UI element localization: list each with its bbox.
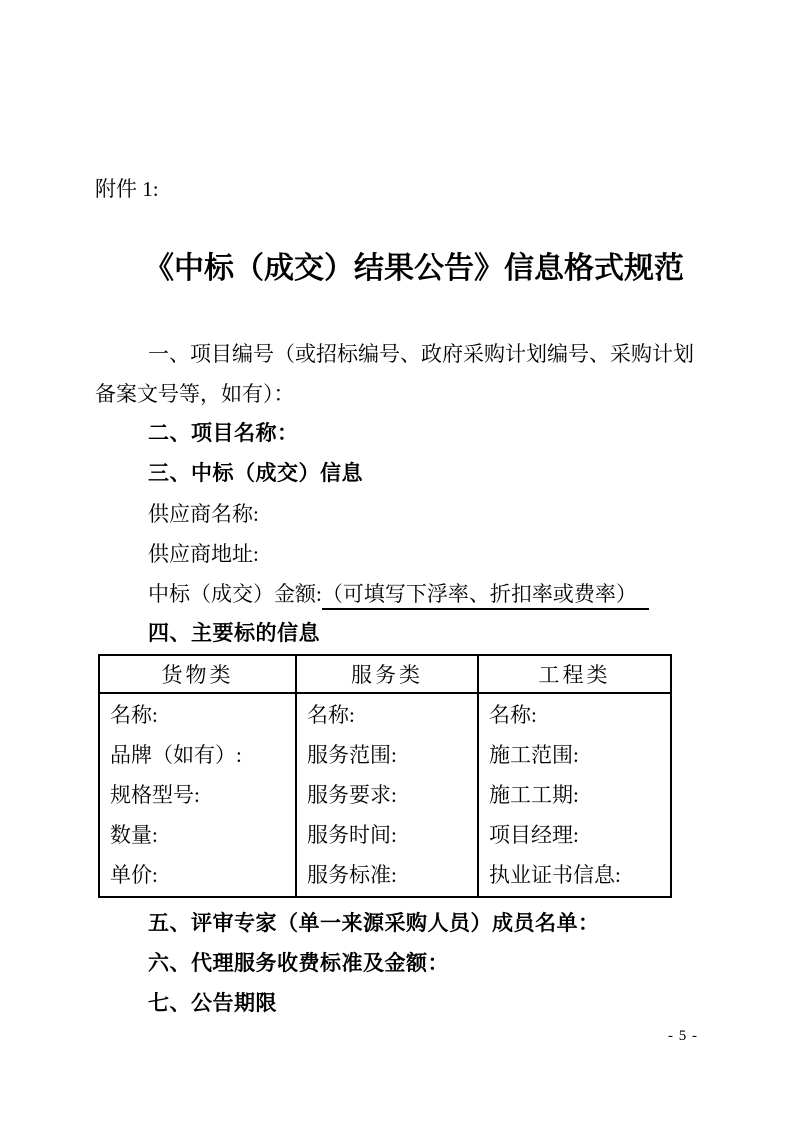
item-4-subject-info: 四、主要标的信息: [95, 614, 703, 654]
document-body: 一、项目编号（或招标编号、政府采购计划编号、采购计划 备案文号等，如有）： 二、…: [95, 334, 703, 1024]
table-cell-line: 服务要求:: [307, 775, 473, 815]
document-page: 附件 1: 《中标（成交）结果公告》信息格式规范 一、项目编号（或招标编号、政府…: [0, 0, 793, 1122]
table-cell-line: 名称:: [110, 695, 291, 735]
document-title: 《中标（成交）结果公告》信息格式规范: [110, 247, 718, 291]
table-cell-line: 施工范围:: [489, 735, 666, 775]
table-cell-line: 单价:: [110, 855, 291, 895]
table-header-goods-category: 货物类: [99, 655, 296, 693]
table-cell-line: 项目经理:: [489, 815, 666, 855]
item-7-announcement-period: 七、公告期限: [95, 984, 703, 1024]
attachment-label: 附件 1:: [95, 176, 159, 202]
table-cell-line: 名称:: [489, 695, 666, 735]
item-6-agency-fee: 六、代理服务收费标准及金额：: [95, 944, 703, 984]
item-3-award-info: 三、中标（成交）信息: [95, 454, 703, 494]
table-cell-line: 品牌（如有）:: [110, 735, 291, 775]
table-body-row: 名称: 品牌（如有）: 规格型号: 数量: 单价: 名称: 服务范围: 服务要求…: [99, 693, 671, 897]
item-5-expert-list: 五、评审专家（单一来源采购人员）成员名单：: [95, 904, 703, 944]
services-category-cell: 名称: 服务范围: 服务要求: 服务时间: 服务标准:: [296, 693, 478, 897]
award-amount-label: 中标（成交）金额:: [148, 582, 322, 606]
award-amount-note: （可填写下浮率、折扣率或费率）: [322, 582, 649, 610]
table-cell-line: 名称:: [307, 695, 473, 735]
table-cell-line: 服务时间:: [307, 815, 473, 855]
item-1-project-number-line-2: 备案文号等，如有）：: [95, 374, 703, 414]
table-header-services-category: 服务类: [296, 655, 478, 693]
supplier-address-label: 供应商地址:: [95, 534, 703, 574]
table-cell-line: 数量:: [110, 815, 291, 855]
award-amount-line: 中标（成交）金额:（可填写下浮率、折扣率或费率）: [95, 574, 703, 614]
item-2-project-name: 二、项目名称：: [95, 414, 703, 454]
page-number: - 5 -: [668, 1028, 698, 1044]
goods-category-cell: 名称: 品牌（如有）: 规格型号: 数量: 单价:: [99, 693, 296, 897]
table-header-works-category: 工程类: [478, 655, 671, 693]
table-cell-line: 执业证书信息:: [489, 855, 666, 895]
supplier-name-label: 供应商名称:: [95, 494, 703, 534]
subject-info-table: 货物类 服务类 工程类 名称: 品牌（如有）: 规格型号: 数量: 单价: 名称…: [98, 654, 672, 898]
table-cell-line: 服务标准:: [307, 855, 473, 895]
table-cell-line: 施工工期:: [489, 775, 666, 815]
table-header-row: 货物类 服务类 工程类: [99, 655, 671, 693]
table-cell-line: 规格型号:: [110, 775, 291, 815]
table-cell-line: 服务范围:: [307, 735, 473, 775]
item-1-project-number-line-1: 一、项目编号（或招标编号、政府采购计划编号、采购计划: [95, 334, 703, 374]
works-category-cell: 名称: 施工范围: 施工工期: 项目经理: 执业证书信息:: [478, 693, 671, 897]
closing-items: 五、评审专家（单一来源采购人员）成员名单： 六、代理服务收费标准及金额： 七、公…: [95, 904, 703, 1024]
